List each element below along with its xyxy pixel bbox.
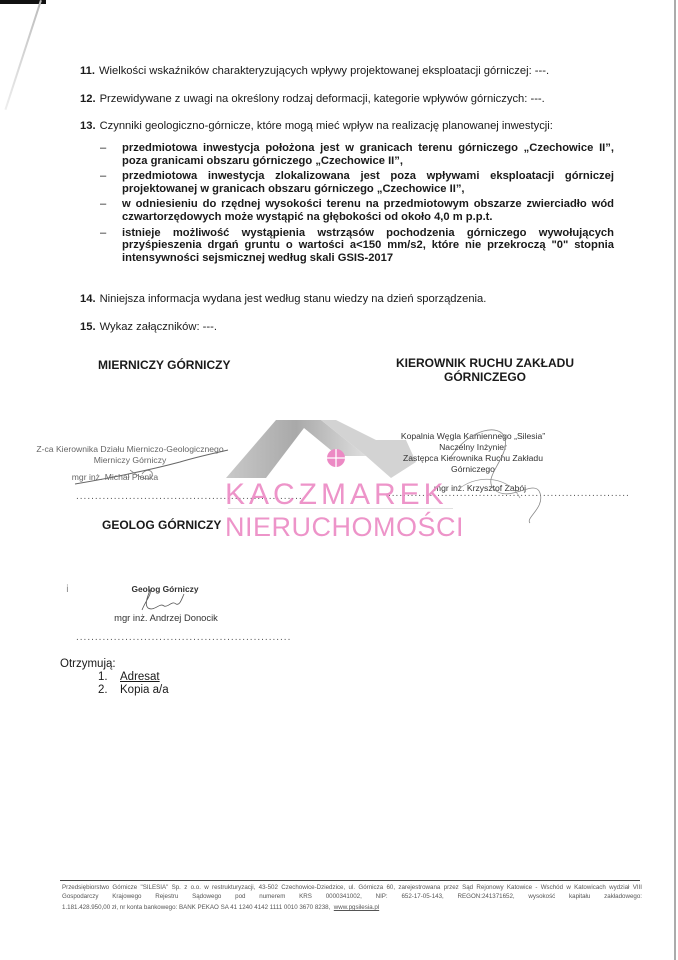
factor-item: –przedmiotowa inwestycja zlokalizowana j…: [94, 170, 614, 195]
scan-artifact-edge: [4, 0, 41, 110]
geologist-name: mgr inż. Andrzej Donocik: [96, 612, 236, 623]
scan-artifact-right-edge: [674, 0, 676, 960]
watermark-line1: KACZMAREK: [225, 478, 448, 512]
factor-item: –w odniesieniu do rzędnej wysokości tere…: [94, 198, 614, 223]
receivers-list: 1.Adresat 2.Kopia a/a: [60, 671, 169, 697]
factor-item: –przedmiotowa inwestycja położona jest w…: [94, 142, 614, 167]
receivers-label: Otrzymują:: [60, 658, 169, 671]
item-text: Niniejsza informacja wydana jest według …: [100, 293, 487, 305]
manager-stamp: Kopalnia Węgla Kamiennego „Silesia” Nacz…: [380, 431, 566, 475]
geologist-stamp: Geolog Górniczy: [110, 584, 220, 595]
item-text: Czynniki geologiczno-górnicze, które mog…: [100, 120, 553, 132]
item-number: 11.: [80, 65, 95, 77]
watermark-line2: NIERUCHOMOŚCI: [225, 512, 464, 543]
factor-item: –istnieje możliwość wystąpienia wstrząsó…: [94, 227, 614, 265]
receiver-item: 2.Kopia a/a: [60, 684, 169, 697]
geologist-signature-line: ........................................…: [76, 632, 291, 643]
item-11: 11.Wielkości wskaźników charakteryzujący…: [80, 64, 549, 78]
item-text: Przewidywane z uwagi na określony rodzaj…: [100, 93, 545, 105]
company-footer: Przedsiębiorstwo Górnicze "SILESIA" Sp. …: [62, 883, 642, 912]
surveyor-stamp: Z-ca Kierownika Działu Mierniczo-Geologi…: [30, 444, 230, 483]
item-number: 12.: [80, 93, 96, 105]
item-number: 15.: [80, 321, 96, 333]
item-13: 13.Czynniki geologiczno-górnicze, które …: [80, 119, 553, 133]
item-15: 15.Wykaz załączników: ---.: [80, 320, 217, 334]
item-14: 14.Niniejsza informacja wydana jest wedł…: [80, 292, 486, 306]
receivers-section: Otrzymują: 1.Adresat 2.Kopia a/a: [60, 658, 169, 697]
surveyor-title: MIERNICZY GÓRNICZY: [98, 358, 248, 372]
factors-list: –przedmiotowa inwestycja położona jest w…: [94, 142, 614, 267]
item-number: 13.: [80, 120, 96, 132]
manager-title: KIEROWNIK RUCHU ZAKŁADU GÓRNICZEGO: [370, 356, 600, 384]
item-12: 12.Przewidywane z uwagi na określony rod…: [80, 92, 545, 106]
scan-mark: ⅰ: [66, 584, 69, 595]
item-number: 14.: [80, 293, 96, 305]
website-link[interactable]: www.pgsilesia.pl: [334, 904, 379, 911]
geologist-title: GEOLOG GÓRNICZY: [102, 518, 242, 532]
item-text: Wykaz załączników: ---.: [100, 321, 217, 333]
receiver-item: 1.Adresat: [60, 671, 169, 684]
item-text: Wielkości wskaźników charakteryzujących …: [99, 65, 549, 77]
footer-rule: [60, 880, 640, 881]
